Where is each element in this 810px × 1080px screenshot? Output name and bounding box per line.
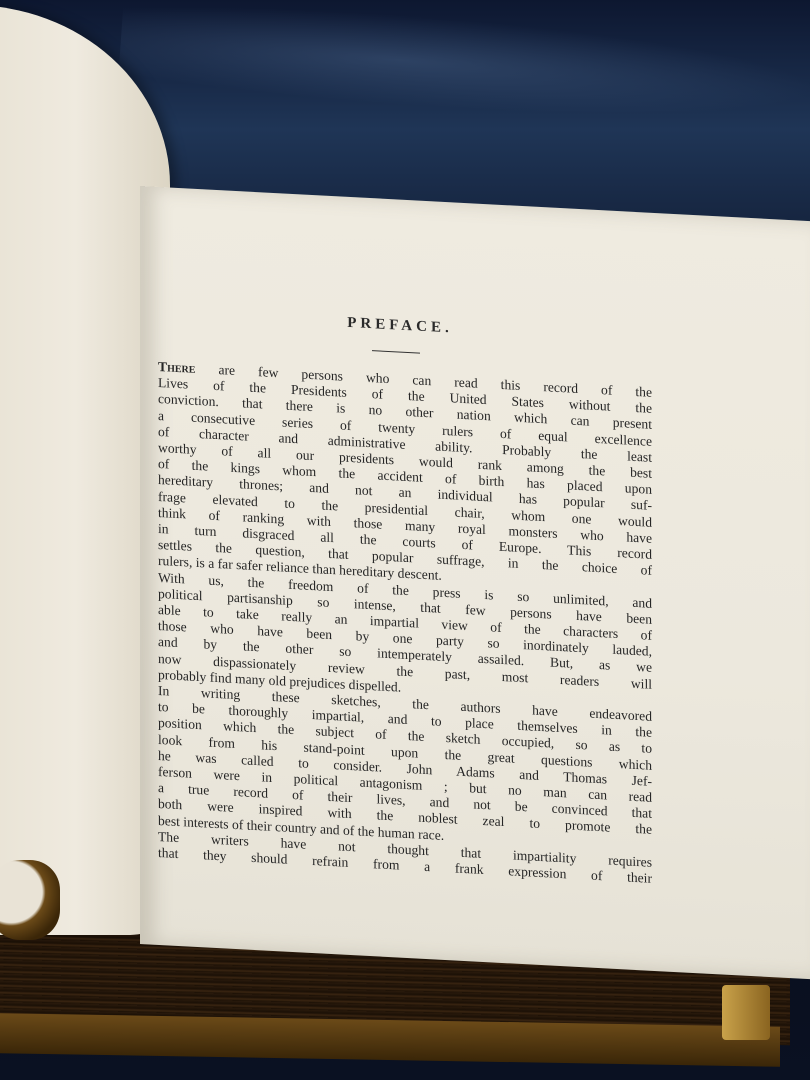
preface-body: There are few persons who can read this … <box>144 358 652 887</box>
book-cover-corner <box>722 985 770 1040</box>
paragraph-3: In writing these sketches, the authors h… <box>144 682 652 854</box>
right-page: PREFACE. There are few persons who can r… <box>140 186 810 979</box>
paragraph-1: There are few persons who can read this … <box>144 358 652 595</box>
book-binding-left <box>0 860 60 940</box>
photo-scene: PREFACE. There are few persons who can r… <box>0 0 810 1080</box>
page-title: PREFACE. <box>140 304 660 348</box>
title-rule <box>372 350 420 354</box>
background-glare <box>118 0 810 134</box>
lead-word: There <box>158 359 195 376</box>
page-content: PREFACE. There are few persons who can r… <box>140 186 810 979</box>
